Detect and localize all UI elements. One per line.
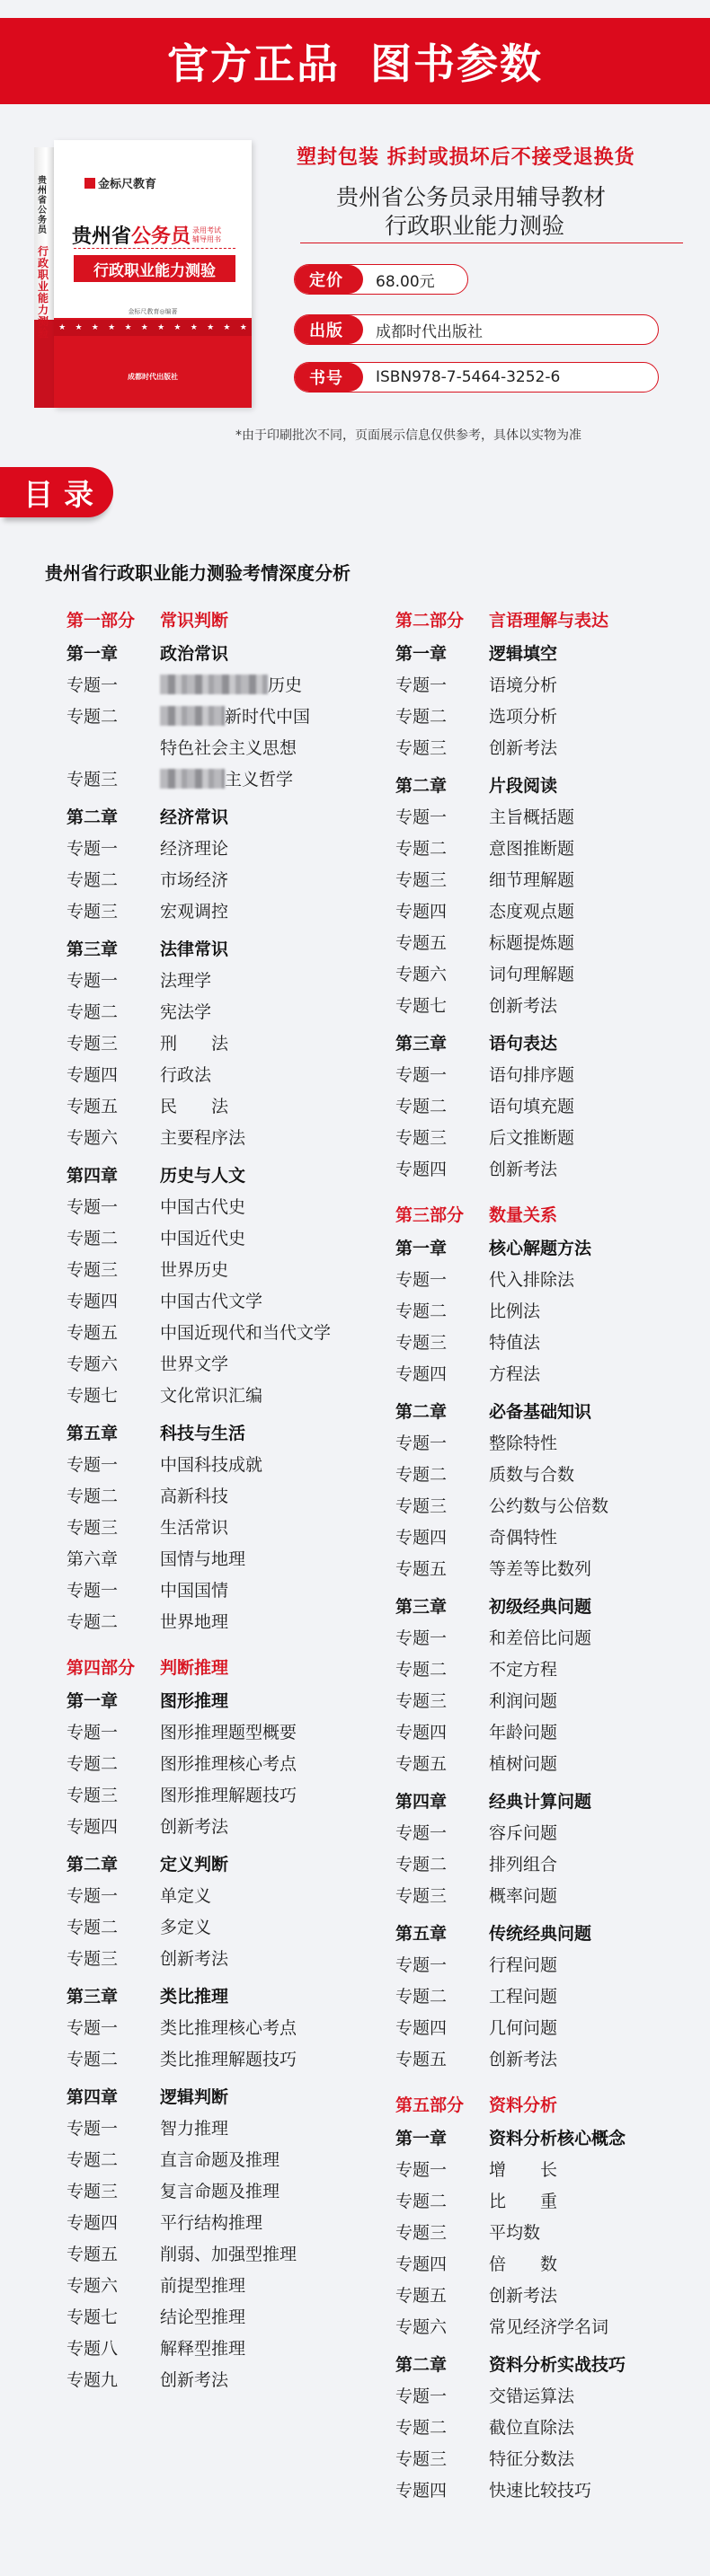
toc-topic: 专题二新时代中国 (67, 701, 331, 733)
topic-name: 不定方程 (489, 1660, 557, 1680)
topic-number: 专题八 (67, 2333, 160, 2365)
toc-chapter: 第三章法律常识 (67, 933, 331, 966)
toc-topic: 专题四快速比较技巧 (395, 2475, 626, 2507)
toc-topic: 专题二比 重 (395, 2186, 626, 2218)
spine-subtitle: 行政职业能力测验 (38, 246, 50, 340)
chapter-name: 经典计算问题 (489, 1792, 591, 1812)
toc-right-column: 第二部分言语理解与表达 第一章逻辑填空 专题一语境分析 专题二选项分析 专题三创… (395, 607, 626, 2507)
topic-name: 概率问题 (489, 1886, 557, 1906)
toc-topic: 专题二图形推理核心考点 (67, 1749, 331, 1780)
toc-topic: 专题三刑 法 (67, 1028, 331, 1060)
toc-part: 第三部分数量关系 (395, 1202, 626, 1232)
toc-topic: 专题五植树问题 (395, 1749, 626, 1780)
topic-name: 创新考法 (489, 1160, 557, 1179)
cover-subtitle: 行政职业能力测验 (74, 255, 235, 282)
toc-topic: 专题五民 法 (67, 1091, 331, 1123)
topic-name: 主要程序法 (160, 1128, 245, 1148)
topic-number: 专题二 (395, 1981, 489, 2013)
toc-topic: 专题五创新考法 (395, 2280, 626, 2312)
toc-topic: 专题三世界历史 (67, 1255, 331, 1286)
topic-number: 专题六 (67, 2271, 160, 2302)
toc-topic: 专题三复言命题及推理 (67, 2176, 331, 2208)
topic-number: 专题六 (395, 959, 489, 991)
topic-number: 专题二 (395, 2413, 489, 2444)
toc-topic: 专题二排列组合 (395, 1849, 626, 1881)
topic-number: 专题一 (67, 1717, 160, 1749)
chapter-name: 资料分析核心概念 (489, 2129, 626, 2148)
topic-number: 专题七 (395, 991, 489, 1022)
topic-name: 特色社会主义思想 (160, 738, 297, 758)
topic-number: 专题五 (395, 2044, 489, 2076)
topic-number: 专题二 (67, 997, 160, 1028)
topic-name: 比例法 (489, 1301, 540, 1321)
topic-number: 专题五 (395, 2280, 489, 2312)
toc-topic: 专题三特征分数法 (395, 2444, 626, 2475)
toc-topic: 专题二意图推断题 (395, 834, 626, 865)
topic-number: 专题一 (67, 1450, 160, 1481)
book-cover-image: 贵州省公务员 行政职业能力测验 金标尺教育 贵州省 公务员 录用考试 辅导用书 … (34, 140, 252, 410)
topic-number: 专题三 (67, 1255, 160, 1286)
topic-number: 专题九 (67, 2365, 160, 2396)
topic-number: 专题四 (395, 1154, 489, 1186)
topic-name: 方程法 (489, 1364, 540, 1384)
chapter-number: 第一章 (67, 1685, 160, 1717)
chapter-number: 第二章 (67, 801, 160, 834)
star-icon: ★ (240, 323, 247, 332)
toc-topic: 专题二高新科技 (67, 1481, 331, 1513)
topic-name: 中国近现代和当代文学 (160, 1323, 331, 1343)
topic-name: 创新考法 (489, 996, 557, 1016)
topic-number: 专题一 (67, 2013, 160, 2044)
cover-title: 贵州省 公务员 录用考试 辅导用书 (72, 221, 252, 249)
topic-number: 专题三 (395, 865, 489, 896)
topic-number: 专题一 (67, 966, 160, 997)
topic-name: 公约数与公倍数 (489, 1496, 608, 1516)
topic-number: 专题四 (395, 1522, 489, 1554)
topic-name: 创新考法 (489, 738, 557, 758)
topic-name: 主旨概括题 (489, 807, 574, 827)
chapter-number: 第三章 (395, 1028, 489, 1060)
topic-name: 类比推理解题技巧 (160, 2050, 297, 2069)
topic-number: 专题三 (395, 2218, 489, 2249)
topic-number: 专题四 (395, 896, 489, 928)
topic-name: 宪法学 (160, 1002, 211, 1022)
toc-topic: 专题一经济理论 (67, 834, 331, 865)
cover-author: 金标尺教育◎编著 (54, 307, 252, 316)
chapter-name: 资料分析实战技巧 (489, 2355, 626, 2375)
topic-name: 中国古代史 (160, 1197, 245, 1217)
topic-name: 图形推理解题技巧 (160, 1786, 297, 1805)
toc-topic: 专题五中国近现代和当代文学 (67, 1318, 331, 1349)
topic-number: 专题四 (395, 2249, 489, 2280)
topic-number: 专题三 (395, 2444, 489, 2475)
toc-topic: 专题五创新考法 (395, 2044, 626, 2076)
toc-topic: 专题五标题提炼题 (395, 928, 626, 959)
chapter-name: 国情与地理 (160, 1549, 245, 1569)
isbn-value: ISBN978-7-5464-3252-6 (363, 368, 560, 386)
price-value: 68.00元 (363, 269, 435, 291)
topic-number: 专题五 (67, 1091, 160, 1123)
toc-topic: 专题六常见经济学名词 (395, 2312, 626, 2343)
topic-name: 代入排除法 (489, 1270, 574, 1290)
chapter-number: 第六章 (67, 1544, 160, 1575)
toc-topic: 专题二质数与合数 (395, 1460, 626, 1491)
toc-topic: 专题三创新考法 (395, 733, 626, 764)
chapter-name: 核心解题方法 (489, 1239, 591, 1258)
redacted-text (160, 769, 225, 789)
star-icon: ★ (157, 323, 164, 332)
topic-number: 专题二 (395, 1460, 489, 1491)
topic-name: 削弱、加强型推理 (160, 2245, 297, 2264)
topic-number: 专题三 (67, 1780, 160, 1812)
topic-name: 图形推理题型概要 (160, 1723, 297, 1742)
toc-topic: 专题六前提型推理 (67, 2271, 331, 2302)
topic-number: 专题二 (395, 1849, 489, 1881)
topic-number: 专题二 (395, 2186, 489, 2218)
part-number: 第一部分 (67, 607, 160, 634)
chapter-name: 传统经典问题 (489, 1924, 591, 1944)
chapter-name: 政治常识 (160, 644, 228, 664)
chapter-number: 第二章 (395, 770, 489, 802)
brand-name: 金标尺教育 (98, 174, 156, 191)
topic-name: 创新考法 (160, 2370, 228, 2390)
part-name: 资料分析 (489, 2095, 557, 2115)
part-name: 常识判断 (160, 611, 228, 631)
toc-chapter: 第五章科技与生活 (67, 1417, 331, 1450)
toc-topic: 专题一容斥问题 (395, 1818, 626, 1849)
toc-topic: 专题二截位直除法 (395, 2413, 626, 2444)
topic-name: 语境分析 (489, 675, 557, 695)
part-number: 第三部分 (395, 1202, 489, 1229)
topic-name: 智力推理 (160, 2119, 228, 2139)
toc-tab-label: 目录 (23, 472, 104, 514)
topic-name: 后文推断题 (489, 1128, 574, 1148)
topic-number: 专题四 (395, 1717, 489, 1749)
toc-topic: 专题五等差等比数列 (395, 1554, 626, 1585)
topic-number: 专题六 (67, 1123, 160, 1154)
toc-chapter: 第三章类比推理 (67, 1981, 331, 2013)
banner-right-text: 图书参数 (370, 31, 543, 91)
topic-name: 法理学 (160, 971, 211, 991)
brand-logo: 金标尺教育 (84, 174, 156, 191)
isbn-field: 书号 ISBN978-7-5464-3252-6 (294, 362, 659, 393)
toc-chapter: 第一章资料分析核心概念 (395, 2122, 626, 2155)
topic-number: 专题三 (395, 1491, 489, 1522)
topic-number: 专题一 (395, 2381, 489, 2413)
toc-part: 第一部分常识判断 (67, 607, 331, 638)
topic-number: 专题二 (67, 1912, 160, 1944)
toc-topic: 专题一代入排除法 (395, 1265, 626, 1296)
topic-name: 质数与合数 (489, 1465, 574, 1485)
topic-name: 几何问题 (489, 2018, 557, 2038)
toc-topic: 专题四奇偶特性 (395, 1522, 626, 1554)
toc-topic: 专题二类比推理解题技巧 (67, 2044, 331, 2076)
brand-mark-icon (84, 178, 95, 189)
toc-chapter: 第四章经典计算问题 (395, 1786, 626, 1818)
toc-topic: 专题四中国古代文学 (67, 1286, 331, 1318)
chapter-name: 法律常识 (160, 940, 228, 959)
topic-name: 市场经济 (160, 870, 228, 890)
toc-topic: 专题四行政法 (67, 1060, 331, 1091)
star-icon: ★ (75, 323, 82, 332)
topic-number: 专题二 (395, 1091, 489, 1123)
topic-name: 类比推理核心考点 (160, 2018, 297, 2038)
toc-chapter: 第三章初级经典问题 (395, 1591, 626, 1623)
cover-stars: ★ ★ ★ ★ ★ ★ ★ ★ ★ ★ ★ ★ (54, 320, 252, 336)
chapter-name: 必备基础知识 (489, 1402, 591, 1422)
isbn-label: 书号 (295, 363, 363, 392)
chapter-number: 第三章 (395, 1591, 489, 1623)
topic-number: 专题一 (395, 670, 489, 701)
topic-name: 创新考法 (489, 2286, 557, 2306)
toc-topic-continued: 特色社会主义思想 (67, 733, 331, 764)
topic-name: 平均数 (489, 2223, 540, 2243)
publisher-value: 成都时代出版社 (363, 319, 483, 341)
topic-number: 专题四 (395, 2013, 489, 2044)
chapter-number: 第一章 (395, 2122, 489, 2155)
topic-number: 专题二 (395, 1654, 489, 1686)
toc-topic: 专题二不定方程 (395, 1654, 626, 1686)
toc-topic: 专题四创新考法 (67, 1812, 331, 1843)
toc-topic: 专题七文化常识汇编 (67, 1381, 331, 1412)
spine-title: 贵州省公务员 (38, 176, 50, 235)
topic-name: 排列组合 (489, 1855, 557, 1875)
toc-topic: 专题六世界文学 (67, 1349, 331, 1381)
toc-chapter: 第五章传统经典问题 (395, 1918, 626, 1950)
topic-number: 专题一 (67, 1575, 160, 1607)
cover-title-province: 贵州省 (72, 221, 131, 249)
topic-number: 专题二 (67, 1749, 160, 1780)
toc-part: 第二部分言语理解与表达 (395, 607, 626, 638)
chapter-name: 图形推理 (160, 1691, 228, 1711)
chapter-name: 语句表达 (489, 1034, 557, 1054)
toc-topic: 专题三主义哲学 (67, 764, 331, 796)
topic-name: 意图推断题 (489, 839, 574, 859)
toc-topic: 专题一中国科技成就 (67, 1450, 331, 1481)
chapter-name: 历史与人文 (160, 1166, 245, 1186)
chapter-name: 类比推理 (160, 1987, 228, 2007)
topic-number: 专题一 (395, 802, 489, 834)
toc-topic: 专题一增 长 (395, 2155, 626, 2186)
topic-name: 词句理解题 (489, 965, 574, 984)
toc-topic: 专题四年龄问题 (395, 1717, 626, 1749)
toc-topic: 专题四方程法 (395, 1359, 626, 1390)
toc-topic: 专题二宪法学 (67, 997, 331, 1028)
topic-number: 专题二 (395, 1296, 489, 1328)
toc-chapter: 第一章图形推理 (67, 1685, 331, 1717)
topic-name: 行程问题 (489, 1955, 557, 1975)
topic-name: 标题提炼题 (489, 933, 574, 953)
topic-name: 创新考法 (489, 2050, 557, 2069)
toc-chapter: 第一章政治常识 (67, 638, 331, 670)
chapter-number: 第一章 (67, 638, 160, 670)
topic-name: 特值法 (489, 1333, 540, 1353)
topic-name: 生活常识 (160, 1518, 228, 1538)
toc-topic: 专题一法理学 (67, 966, 331, 997)
toc-left-column: 第一部分常识判断 第一章政治常识 专题一历史 专题二新时代中国 特色社会主义思想… (67, 607, 331, 2396)
chapter-number: 第五章 (67, 1417, 160, 1450)
toc-topic: 专题六主要程序法 (67, 1123, 331, 1154)
topic-name: 整除特性 (489, 1434, 557, 1453)
star-icon: ★ (58, 323, 66, 332)
topic-name: 历史 (268, 675, 302, 695)
topic-number: 专题二 (67, 701, 160, 733)
topic-number: 专题三 (395, 1686, 489, 1717)
cover-publisher: 成都时代出版社 (54, 372, 252, 382)
toc-topic: 专题三图形推理解题技巧 (67, 1780, 331, 1812)
topic-number: 专题四 (67, 1286, 160, 1318)
topic-name: 宏观调控 (160, 902, 228, 922)
topic-name: 截位直除法 (489, 2418, 574, 2438)
topic-name: 中国近代史 (160, 1229, 245, 1248)
topic-name: 刑 法 (160, 1034, 228, 1054)
cover-title-small: 录用考试 辅导用书 (192, 226, 228, 244)
book-title-line1: 贵州省公务员录用辅导教材 (336, 180, 606, 212)
topic-name: 容斥问题 (489, 1823, 557, 1843)
topic-name: 直言命题及推理 (160, 2150, 280, 2170)
topic-name: 利润问题 (489, 1691, 557, 1711)
toc-topic: 专题四创新考法 (395, 1154, 626, 1186)
chapter-name: 初级经典问题 (489, 1597, 591, 1617)
topic-number: 专题一 (395, 1950, 489, 1981)
topic-number: 专题三 (395, 733, 489, 764)
toc-topic: 专题二比例法 (395, 1296, 626, 1328)
topic-name: 增 长 (489, 2160, 557, 2180)
toc-topic: 专题一中国古代史 (67, 1192, 331, 1223)
topic-number: 专题二 (67, 865, 160, 896)
topic-name: 态度观点题 (489, 902, 574, 922)
topic-name: 中国国情 (160, 1581, 228, 1601)
topic-name: 解释型推理 (160, 2339, 245, 2359)
toc-topic: 专题二多定义 (67, 1912, 331, 1944)
toc-topic: 专题一和差倍比问题 (395, 1623, 626, 1654)
topic-number: 专题二 (395, 701, 489, 733)
toc-topic: 专题二直言命题及推理 (67, 2145, 331, 2176)
toc-topic: 专题一类比推理核心考点 (67, 2013, 331, 2044)
toc-topic: 专题一交错运算法 (395, 2381, 626, 2413)
toc-topic: 专题一中国国情 (67, 1575, 331, 1607)
part-number: 第二部分 (395, 607, 489, 634)
topic-number: 专题三 (67, 896, 160, 928)
topic-number: 专题四 (67, 2208, 160, 2239)
topic-name: 多定义 (160, 1918, 211, 1937)
topic-number: 专题三 (67, 1513, 160, 1544)
topic-name: 工程问题 (489, 1987, 557, 2007)
topic-name: 快速比较技巧 (489, 2481, 591, 2501)
top-banner: 官方正品 图书参数 (0, 18, 710, 104)
part-name: 判断推理 (160, 1658, 228, 1678)
topic-name: 比 重 (489, 2192, 557, 2211)
topic-name: 和差倍比问题 (489, 1628, 591, 1648)
toc-chapter: 第二章资料分析实战技巧 (395, 2349, 626, 2381)
toc-topic: 专题一智力推理 (67, 2113, 331, 2145)
star-icon: ★ (173, 323, 181, 332)
toc-topic: 专题五削弱、加强型推理 (67, 2239, 331, 2271)
toc-topic: 专题二选项分析 (395, 701, 626, 733)
toc-topic: 专题一图形推理题型概要 (67, 1717, 331, 1749)
toc-topic: 专题二世界地理 (67, 1607, 331, 1638)
toc-topic: 专题四平行结构推理 (67, 2208, 331, 2239)
part-name: 言语理解与表达 (489, 611, 608, 631)
toc-topic: 专题九创新考法 (67, 2365, 331, 2396)
toc-topic: 专题一主旨概括题 (395, 802, 626, 834)
toc-chapter: 第四章历史与人文 (67, 1160, 331, 1192)
topic-number: 专题一 (67, 1192, 160, 1223)
book-title-line2: 行政职业能力测验 (385, 208, 564, 241)
topic-name: 高新科技 (160, 1486, 228, 1506)
chapter-number: 第二章 (395, 1396, 489, 1428)
topic-name: 复言命题及推理 (160, 2182, 280, 2201)
toc-tab: 目录 (0, 467, 113, 517)
topic-number: 专题一 (395, 1060, 489, 1091)
topic-name: 倍 数 (489, 2254, 557, 2274)
topic-number: 专题二 (67, 1607, 160, 1638)
price-field: 定价 68.00元 (294, 264, 468, 295)
topic-number: 专题一 (395, 1623, 489, 1654)
book-front: 金标尺教育 贵州省 公务员 录用考试 辅导用书 行政职业能力测验 金标尺教育◎编… (54, 140, 252, 408)
toc-topic: 专题一语境分析 (395, 670, 626, 701)
toc-chapter: 第四章逻辑判断 (67, 2081, 331, 2113)
topic-number: 专题六 (395, 2312, 489, 2343)
topic-name: 图形推理核心考点 (160, 1754, 297, 1774)
toc-topic: 专题三宏观调控 (67, 896, 331, 928)
topic-number: 专题一 (67, 1881, 160, 1912)
toc-topic: 专题一语句排序题 (395, 1060, 626, 1091)
toc-topic: 专题三概率问题 (395, 1881, 626, 1912)
price-label: 定价 (295, 265, 363, 294)
toc-chapter: 第二章经济常识 (67, 801, 331, 834)
toc-topic: 专题三生活常识 (67, 1513, 331, 1544)
toc-topic: 专题一整除特性 (395, 1428, 626, 1460)
topic-number: 专题二 (67, 1481, 160, 1513)
toc-topic: 专题二市场经济 (67, 865, 331, 896)
topic-number: 专题二 (67, 1223, 160, 1255)
toc-topic: 专题三特值法 (395, 1328, 626, 1359)
toc-topic: 专题四倍 数 (395, 2249, 626, 2280)
publisher-label: 出版 (295, 315, 363, 344)
part-number: 第四部分 (67, 1654, 160, 1681)
topic-number: 专题六 (67, 1349, 160, 1381)
topic-name: 新时代中国 (225, 707, 310, 727)
chapter-number: 第二章 (395, 2349, 489, 2381)
toc-topic: 专题一历史 (67, 670, 331, 701)
topic-number: 专题三 (395, 1881, 489, 1912)
topic-name: 经济理论 (160, 839, 228, 859)
part-number: 第五部分 (395, 2092, 489, 2119)
topic-name: 世界地理 (160, 1612, 228, 1632)
topic-number: 专题三 (395, 1328, 489, 1359)
topic-number: 专题五 (395, 1554, 489, 1585)
topic-number: 专题四 (67, 1812, 160, 1843)
cover-title-civil: 公务员 (131, 221, 191, 249)
topic-name: 中国古代文学 (160, 1292, 262, 1311)
topic-name: 中国科技成就 (160, 1455, 262, 1475)
star-icon: ★ (141, 323, 148, 332)
topic-name: 结论型推理 (160, 2307, 245, 2327)
topic-number: 专题三 (67, 1944, 160, 1975)
redacted-text (160, 706, 225, 726)
toc-chapter: 第一章逻辑填空 (395, 638, 626, 670)
topic-number: 专题一 (67, 670, 160, 701)
topic-number: 专题一 (395, 1818, 489, 1849)
chapter-number: 第四章 (67, 1160, 160, 1192)
topic-number: 专题二 (67, 2044, 160, 2076)
packaging-notice: 塑封包装 拆封或损坏后不接受退换货 (297, 142, 635, 170)
topic-name: 常见经济学名词 (489, 2317, 608, 2337)
topic-number: 专题三 (67, 764, 160, 796)
topic-number: 专题四 (395, 2475, 489, 2507)
chapter-name: 逻辑判断 (160, 2087, 228, 2107)
